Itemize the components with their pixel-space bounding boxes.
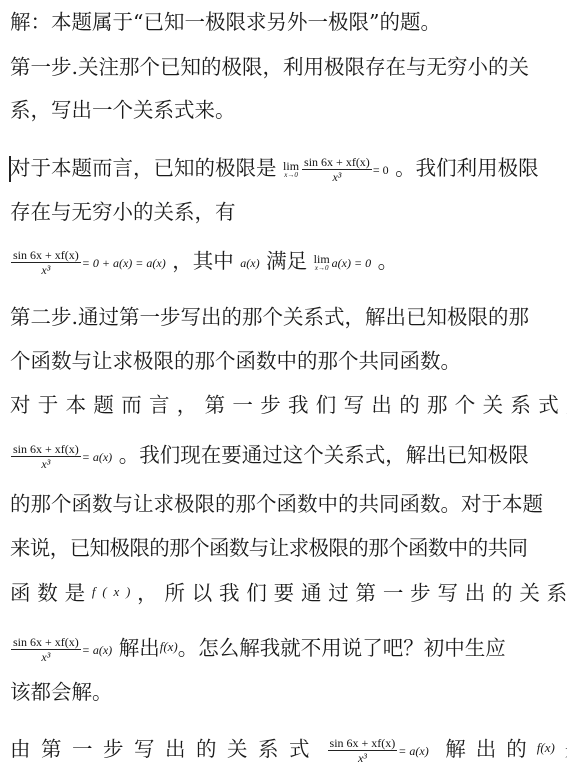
- common-function-line-2: 来说，已知极限的那个函数与让求极限的那个函数中的共同: [10, 533, 555, 563]
- common-function-line: 的那个函数与让求极限的那个函数中的共同函数。对于本题: [10, 489, 555, 519]
- relation-recap-formula-line: sin 6x + xf(x)x³ = a(x) 。我们现在要通过这个关系式，解出…: [10, 440, 555, 470]
- solve-fx-formula: sin 6x + xf(x)x³ = a(x): [10, 636, 112, 663]
- relation-formula: sin 6x + xf(x)x³ = 0 + a(x) = a(x): [10, 249, 166, 276]
- known-limit-line: 对于本题而言，已知的极限是 limx→0 sin 6x + xf(x)x³ = …: [10, 153, 555, 183]
- solve-fx-line: sin 6x + xf(x)x³ = a(x) 解出f(x)。怎么解我就不用说了…: [10, 632, 555, 662]
- relation-recap: 对于本题而言，第一步我们写出的那个关系式是: [10, 390, 555, 420]
- relation-intro: 存在与无穷小的关系，有: [10, 197, 555, 227]
- relation-formula-line: sin 6x + xf(x)x³ = 0 + a(x) = a(x) ，其中 a…: [10, 246, 555, 276]
- final-line: 由第一步写出的关系式 sin 6x + xf(x)x³ = a(x) 解出的f(…: [10, 733, 555, 763]
- answer-intro: 解：本题属于“已知一极限求另外一极限”的题。: [10, 7, 555, 37]
- step-two-heading-cont: 个函数与让求极限的那个函数中的那个共同函数。: [10, 346, 555, 376]
- final-formula: sin 6x + xf(x)x³ = a(x): [327, 737, 429, 764]
- step-two-heading: 第二步.通过第一步写出的那个关系式，解出已知极限的那: [10, 302, 555, 332]
- step-one-heading-cont: 系，写出一个关系式来。: [10, 95, 555, 125]
- relation-recap-formula: sin 6x + xf(x)x³ = a(x): [10, 443, 112, 470]
- common-function-fx-line: 函数是f(x)，所以我们要通过第一步写出的关系式: [10, 577, 555, 607]
- infinitesimal-condition: limx→0 a(x) = 0: [314, 253, 371, 272]
- step-one-heading: 第一步.关注那个已知的极限，利用极限存在与无穷小的关: [10, 52, 555, 82]
- solve-note-cont: 该都会解。: [10, 677, 555, 707]
- known-limit-formula: limx→0 sin 6x + xf(x)x³ = 0: [283, 156, 389, 183]
